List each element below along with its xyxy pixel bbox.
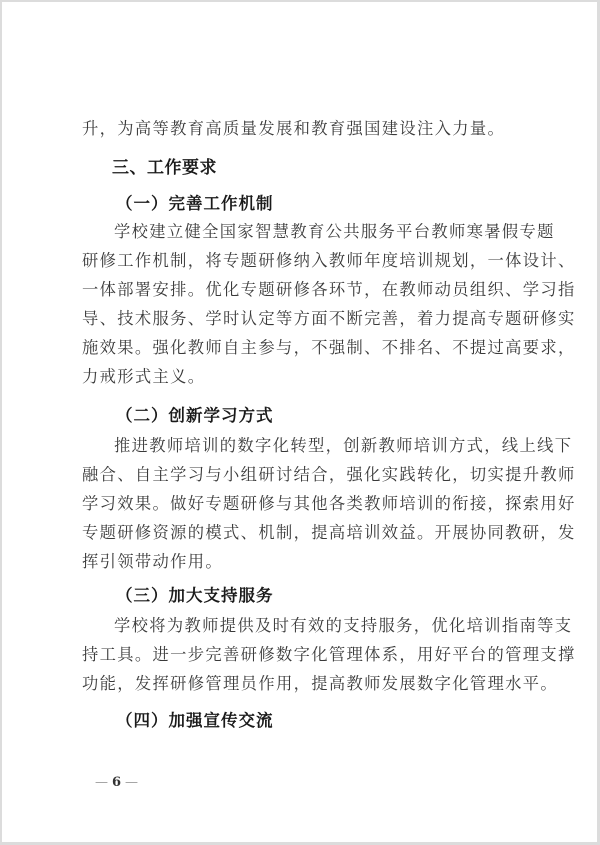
paragraph-line: 力戒形式主义。 [82, 367, 205, 387]
paragraph-line: 学校建立健全国家智慧教育公共服务平台教师寒暑假专题 [114, 222, 555, 242]
paragraph-line: 融合、自主学习与小组研讨结合，强化实践转化，切实提升教师 [82, 465, 576, 485]
page-number-dash-right: — [125, 775, 138, 790]
paragraph-line: 推进教师培训的数字化转型，创新教师培训方式，线上线下 [114, 436, 572, 456]
page-number: —6— [95, 775, 138, 790]
paragraph-line: 学校将为教师提供及时有效的支持服务，优化培训指南等支 [114, 616, 572, 636]
paragraph-line: 一体部署安排。优化专题研修各环节，在教师动员组织、学习指 [82, 280, 576, 300]
subsection-heading-1: （一）完善工作机制 [116, 190, 274, 214]
paragraph-line: 研修工作机制，将专题研修纳入教师年度培训规划，一体设计、 [82, 251, 576, 271]
subsection-heading-2: （二）创新学习方式 [116, 402, 274, 426]
document-page: 升，为高等教育高质量发展和教育强国建设注入力量。 三、工作要求 （一）完善工作机… [2, 2, 597, 842]
paragraph-line: 升，为高等教育高质量发展和教育强国建设注入力量。 [82, 119, 505, 139]
subsection-heading-4: （四）加强宣传交流 [116, 707, 274, 731]
page-number-dash-left: — [95, 775, 108, 790]
paragraph-line: 学习效果。做好专题研修与其他各类教师培训的衔接，探索用好 [82, 494, 576, 514]
paragraph-line: 挥引领带动作用。 [82, 552, 223, 572]
paragraph-line: 导、技术服务、学时认定等方面不断完善，着力提高专题研修实 [82, 309, 576, 329]
page-number-value: 6 [112, 775, 121, 790]
paragraph-line: 持工具。进一步完善研修数字化管理体系，用好平台的管理支撑 [82, 645, 576, 665]
section-heading: 三、工作要求 [112, 153, 217, 178]
paragraph-line: 功能，发挥研修管理员作用，提高教师发展数字化管理水平。 [82, 674, 558, 694]
subsection-heading-3: （三）加大支持服务 [116, 582, 274, 606]
paragraph-line: 施效果。强化教师自主参与，不强制、不排名、不提过高要求， [82, 338, 576, 358]
paragraph-line: 专题研修资源的模式、机制，提高培训效益。开展协同教研，发 [82, 523, 576, 543]
